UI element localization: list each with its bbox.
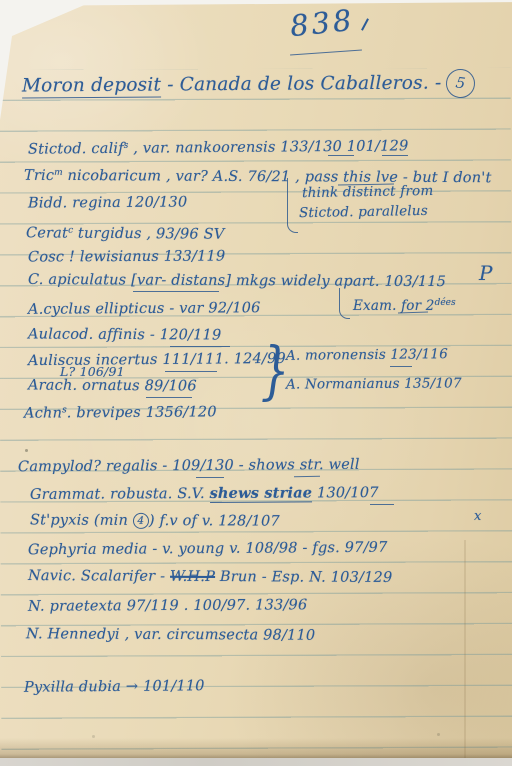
note-bracket xyxy=(287,178,298,233)
specimen-entry: Stictod. califs , var. nankoorensis 133/… xyxy=(28,132,409,160)
ink-underline xyxy=(165,371,217,372)
specimen-entry: Pyxilla dubia → 101/110 xyxy=(24,675,205,699)
specimen-entry: C. apiculatus [var- distans] mkgs widely… xyxy=(28,269,446,293)
specimen-entry: Gephyria media - v. young v. 108/98 - fg… xyxy=(28,537,388,562)
catalog-number: 838 xyxy=(289,9,355,38)
specimen-entry: Cosc ! lewisianus 133/119 xyxy=(28,245,226,268)
title-main: Moron deposit xyxy=(22,74,161,98)
scanned-page: 838 5 Moron deposit - Canada de los Caba… xyxy=(0,0,512,766)
ink-underline xyxy=(133,291,219,292)
specimen-entry: N. Hennedyi , var. circumsecta 98/110 xyxy=(26,623,315,647)
ink-underline xyxy=(382,155,408,156)
page-title: Moron deposit - Canada de los Caballeros… xyxy=(22,73,442,98)
note-bracket xyxy=(339,288,350,319)
specimen-entry: Achns. brevipes 1356/120 xyxy=(24,398,217,424)
specimen-entry: Ceratc turgidus , 93/96 SV xyxy=(26,219,225,245)
paper-crease xyxy=(464,540,466,766)
side-note: A. Normanianus 135/107 xyxy=(286,373,462,394)
scan-edge-bottom xyxy=(0,758,512,766)
side-note: think distinct from xyxy=(302,181,434,203)
side-note: Stictod. parallelus xyxy=(299,201,428,223)
ink-underline xyxy=(170,346,230,347)
ink-underline xyxy=(196,477,224,478)
specimen-entry: Grammat. robusta. S.V. shews striae 130/… xyxy=(30,482,379,506)
margin-mark-p: P xyxy=(479,262,493,284)
paper-bottom-shadow xyxy=(0,738,512,758)
specimen-entry: Campylod? regalis - 109/130 - shows str.… xyxy=(18,454,360,478)
specimen-entry: Bidd. regina 120/130 xyxy=(28,191,187,214)
paper-speck xyxy=(437,733,440,736)
specimen-entry: Arach. ornatus 89/106 xyxy=(28,375,197,398)
specimen-entry: St'pyxis (min 4) f.v of v. 128/107 xyxy=(30,509,280,532)
specimen-entry: Navic. Scalarifer - W.H.P Brun - Esp. N.… xyxy=(28,565,393,589)
ink-underline xyxy=(390,366,412,367)
struck-out-text: W.H.P xyxy=(170,569,215,585)
title-rest: - Canada de los Caballeros. - xyxy=(161,73,441,96)
side-note: A. moronensis 123/116 xyxy=(286,344,448,366)
specimen-entry: A.cyclus ellipticus - var 92/106 xyxy=(28,297,261,321)
circled-number: 4 xyxy=(133,513,149,529)
specimen-entry: N. praetexta 97/119 . 100/97. 133/96 xyxy=(28,594,307,617)
paper-speck xyxy=(25,449,28,452)
margin-mark-x: x xyxy=(474,506,482,528)
ink-underline xyxy=(370,504,394,505)
specimen-entry: Aulacod. affinis - 120/119 xyxy=(28,323,222,346)
ink-underline xyxy=(328,155,354,156)
